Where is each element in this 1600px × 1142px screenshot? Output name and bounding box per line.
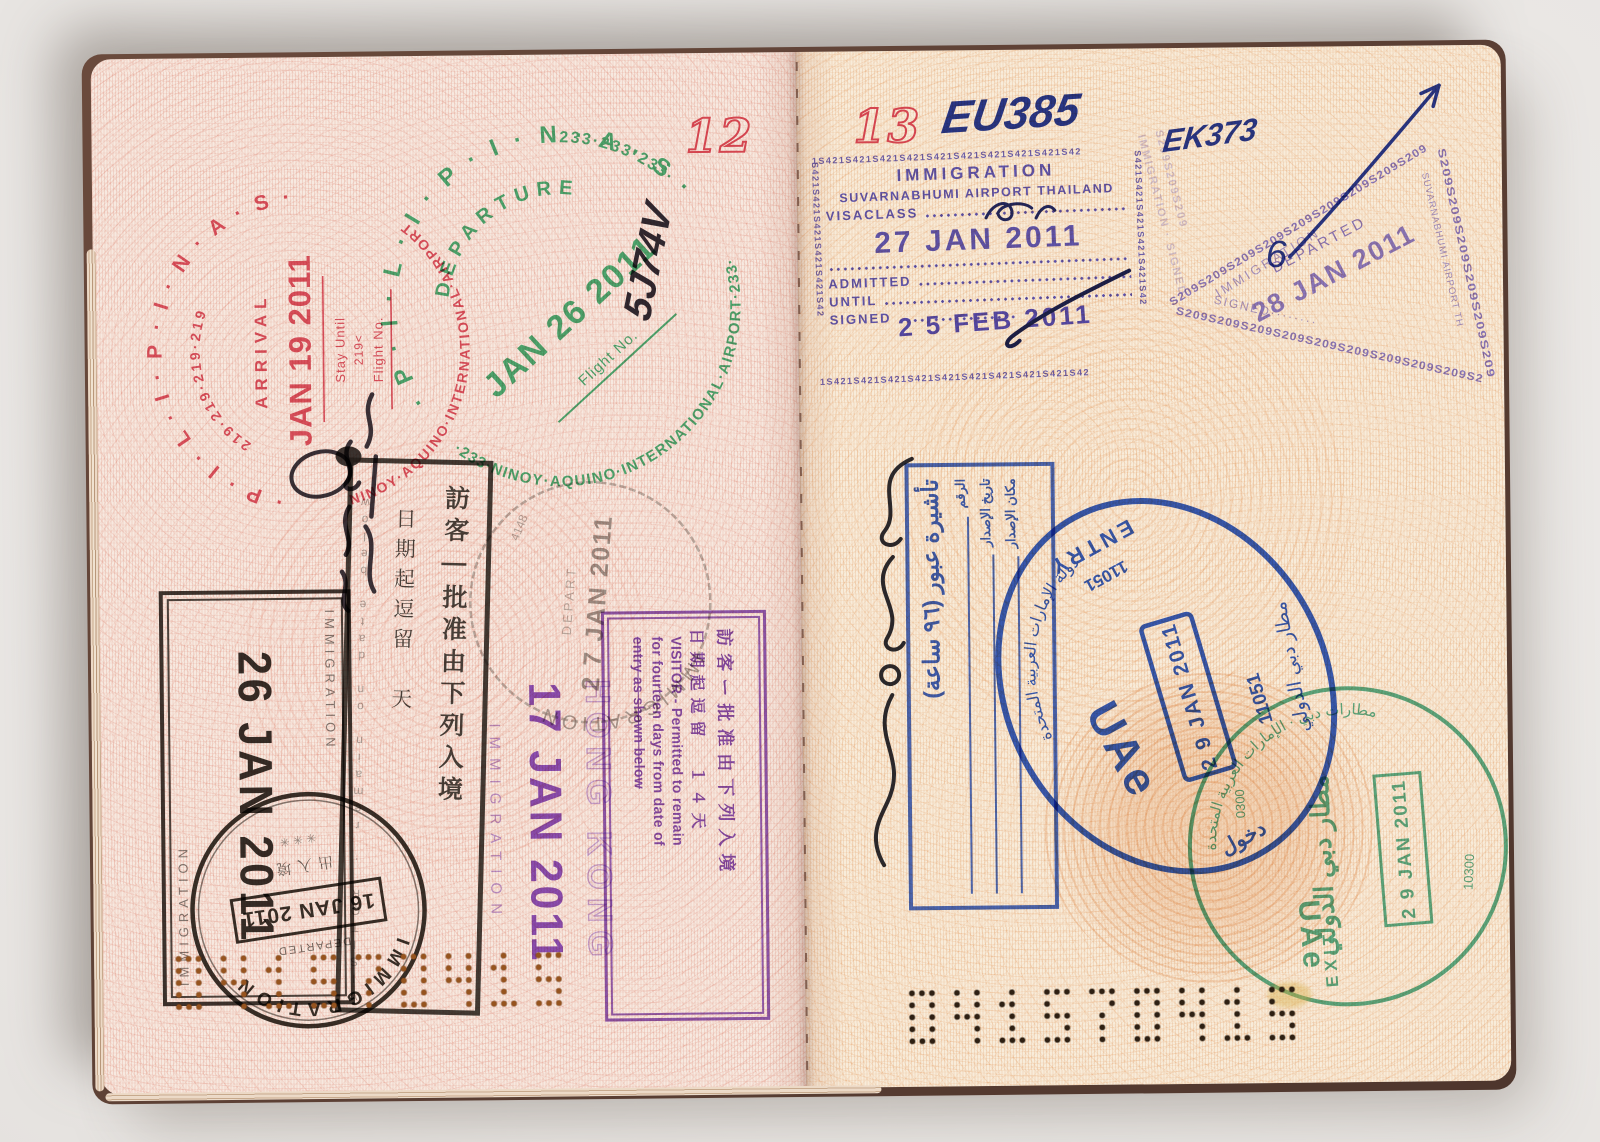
stamp-thailand-departure-triangle: S209S209S209S209S209S209S209S209S209 S20… <box>1145 132 1511 396</box>
svg-text:2 9 JAN 2011: 2 9 JAN 2011 <box>1388 778 1420 919</box>
passport: 12 · P · I · L · I · P · I · N · A · S ·… <box>91 45 1512 1096</box>
passport-page-12: 12 · P · I · L · I · P · I · N · A · S ·… <box>91 52 807 1095</box>
hk-visitor-line3: entry as shown below <box>629 637 649 996</box>
svg-text:· P · I · L · I · P · I · N ·: · P · I · L · I · P · I · N · A · S · <box>142 185 299 515</box>
svg-text:مطارات دبي · الإمارات العربية: مطارات دبي · الإمارات العربية المتحدة <box>1177 692 1402 855</box>
pen-flight-eu385: EU385 <box>938 83 1083 144</box>
passport-page-13: 13 EU385 EK373 6 1S421S421S421S421S421S4… <box>796 45 1512 1088</box>
admitted-label: ADMITTED <box>828 274 912 292</box>
svg-text:4148: 4148 <box>508 512 531 542</box>
visa-class-label: VISACLASS <box>826 205 919 223</box>
page-number-13: 13 <box>853 99 922 154</box>
svg-text:✳ ✳ ✳: ✳ ✳ ✳ <box>279 830 318 849</box>
svg-text:219·219·219·219: 219·219·219·219 <box>186 305 253 455</box>
pen-visa-class-scribble <box>979 195 1060 228</box>
svg-text:DEPARTURE: DEPARTURE <box>409 143 591 317</box>
photo-backdrop: 12 · P · I · L · I · P · I · N · A · S ·… <box>0 0 1600 1142</box>
svg-text:10300: 10300 <box>1461 854 1478 891</box>
uae-transit-label: تاريخ الإصدار <box>978 478 995 546</box>
cjk-text-column: 日期起逗留 天 <box>384 507 419 718</box>
until-label: UNTIL <box>829 293 878 310</box>
svg-text:0300: 0300 <box>1232 789 1248 819</box>
hk-visitor-cjk1: 訪客ー批准由下列入境 <box>712 628 742 1002</box>
svg-text:ARRIVAL: ARRIVAL <box>251 292 271 408</box>
stamp-label: IMMIGRATION <box>322 609 338 751</box>
thai-arrival-date: 27 JAN 2011 <box>826 218 1130 263</box>
svg-text:S209S209S209S209S209S209S209S2: S209S209S209S209S209S209S209S209S209S2 <box>1175 302 1485 389</box>
pen-signature-stroke <box>979 262 1143 368</box>
svg-text:DEPART: DEPART <box>559 565 579 635</box>
perforation-row <box>909 987 1297 1048</box>
svg-text:DEPARTED: DEPARTED <box>276 934 352 957</box>
perforation-row <box>176 953 564 1014</box>
uae-transit-label: الرقم <box>953 479 969 509</box>
signed-label: SIGNED <box>829 310 891 327</box>
stamp-thailand-arrival: 1S421S421S421S421S421S421S421S421S421S42… <box>808 144 1151 389</box>
svg-text:Flight No.: Flight No. <box>575 327 641 390</box>
uae-transit-title: تأشيرة عبور (٩٦ ساعة) <box>917 479 948 894</box>
pen-loop-mark <box>281 442 362 513</box>
hk-visitor-cjk2: 日期起逗留 １４天 <box>686 628 713 1002</box>
hk-visitor-line2: for fourteen days from date of <box>648 636 668 995</box>
svg-text:出入境: 出入境 <box>269 852 334 878</box>
ghost-hong-kong-text: HONG KONG <box>577 627 620 1017</box>
hk-visitor-line1: VISITOR - Permitted to remain <box>667 636 687 995</box>
